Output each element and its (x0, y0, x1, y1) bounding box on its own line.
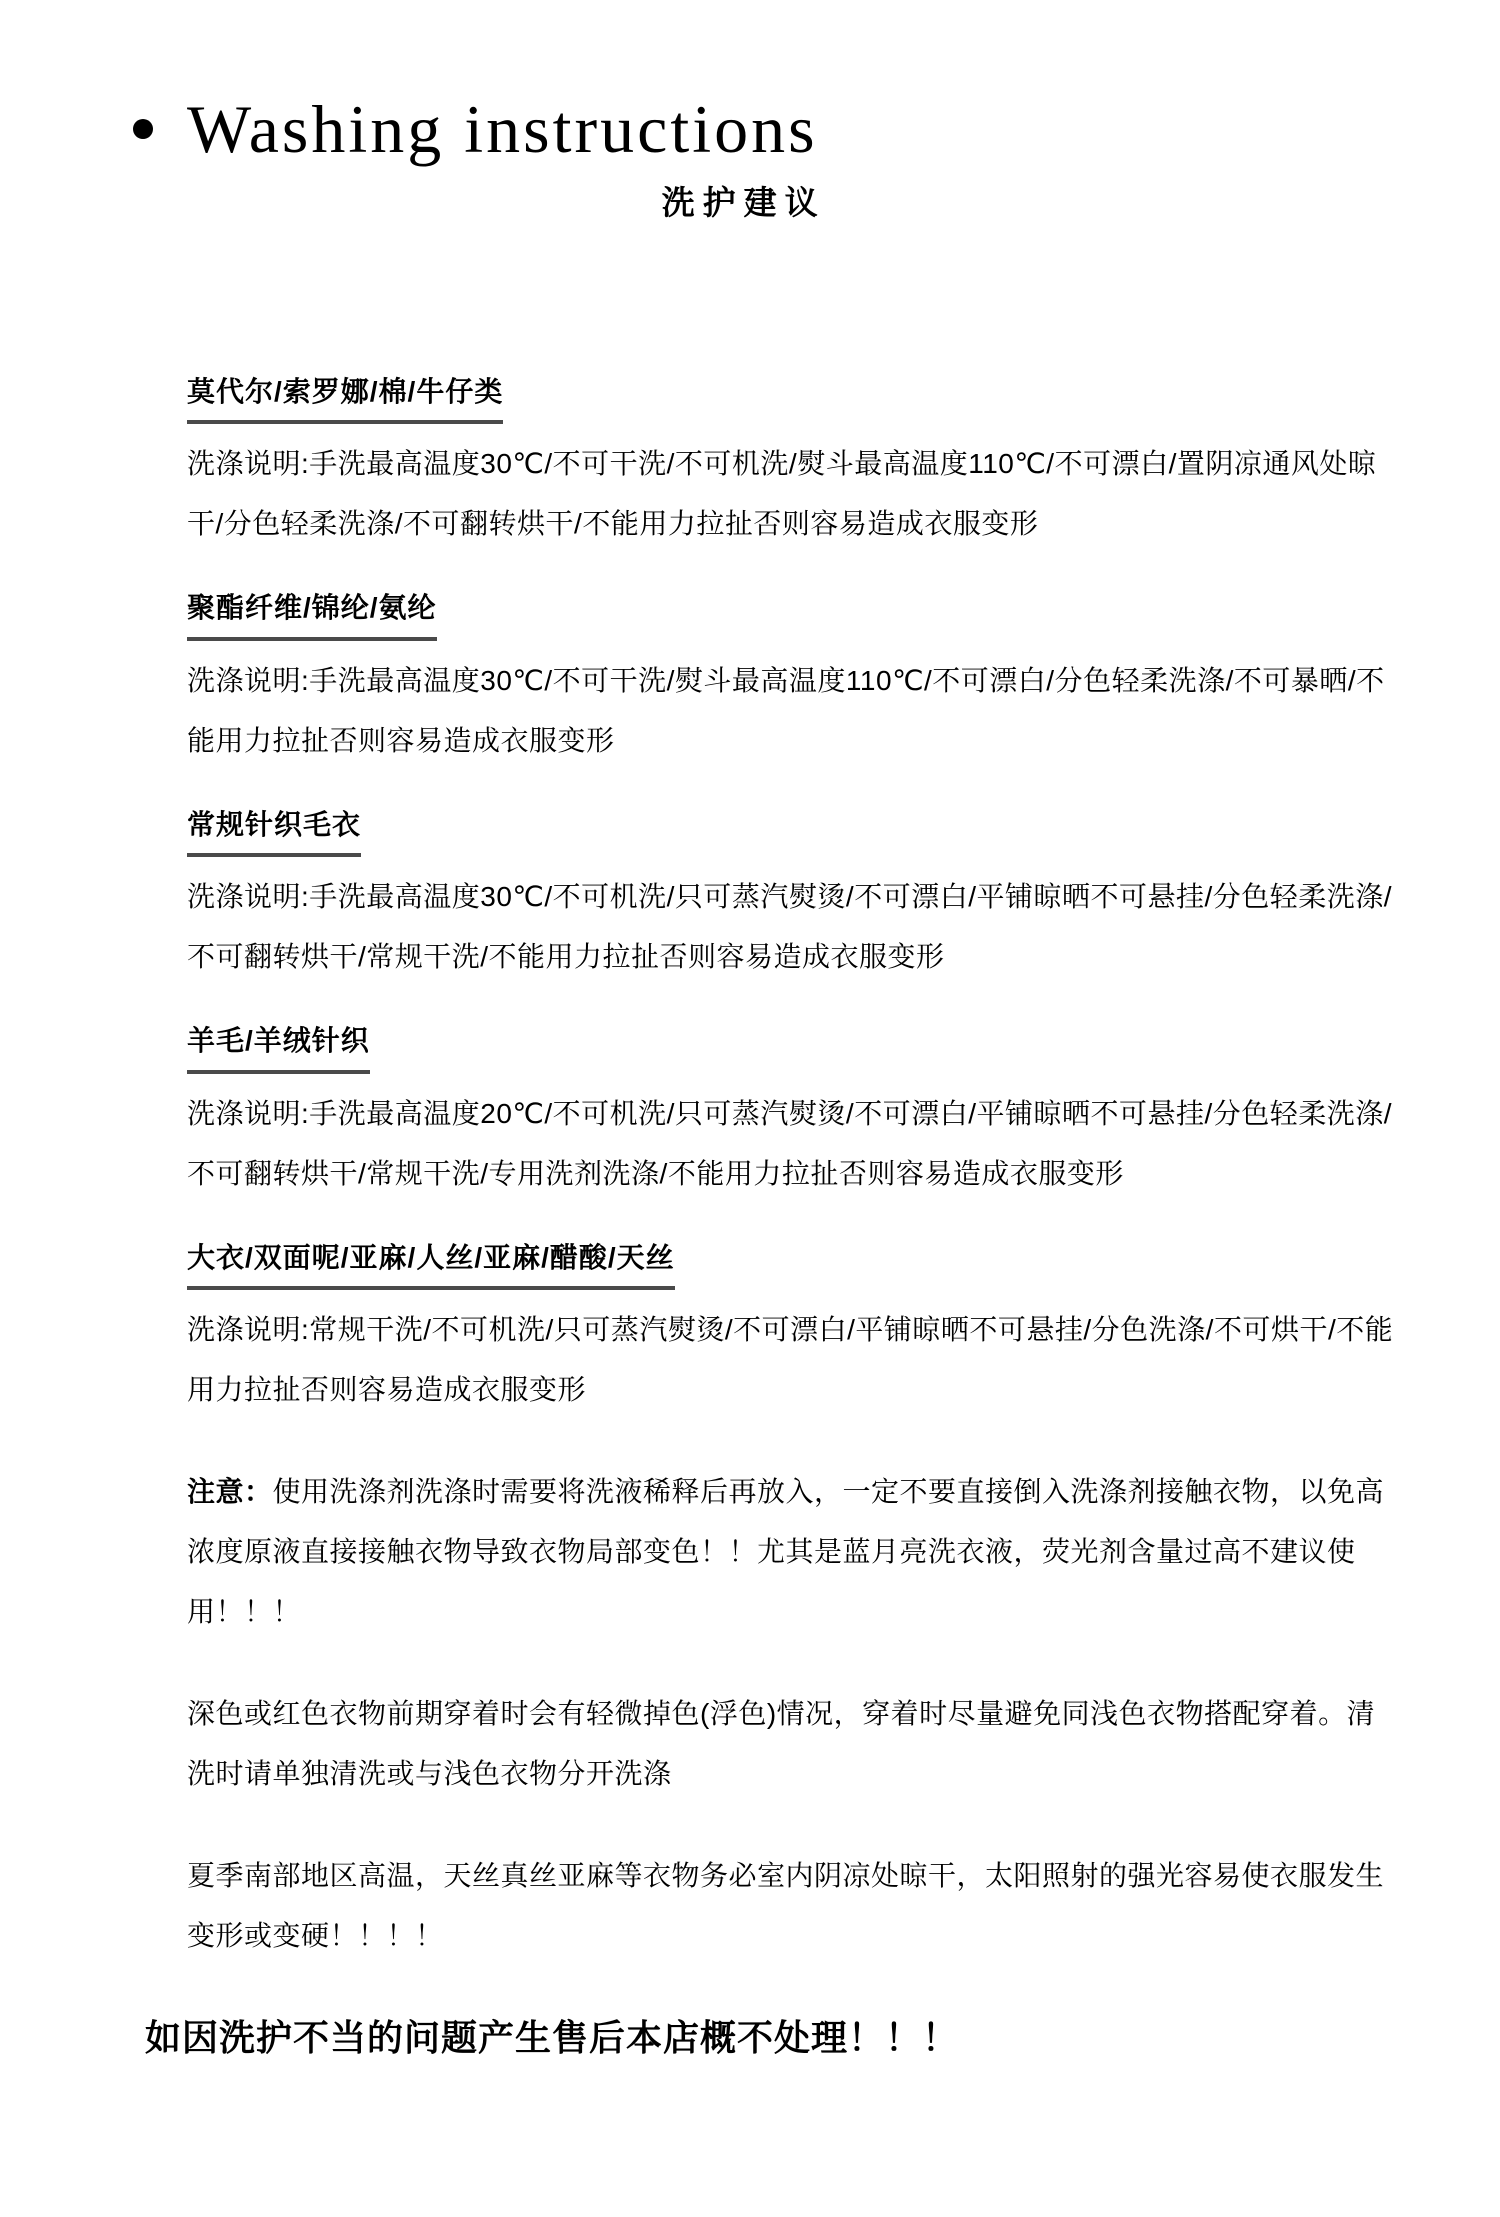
section-knit-sweater: 常规针织毛衣 洗涤说明:手洗最高温度30℃/不可机洗/只可蒸汽熨烫/不可漂白/平… (187, 807, 1395, 987)
section-body: 洗涤说明:手洗最高温度30℃/不可干洗/不可机洗/熨斗最高温度110℃/不可漂白… (187, 434, 1395, 554)
section-body: 洗涤说明:手洗最高温度20℃/不可机洗/只可蒸汽熨烫/不可漂白/平铺晾晒不可悬挂… (187, 1084, 1395, 1204)
page-title: Washing instructions (187, 95, 818, 163)
title-row: Washing instructions (187, 95, 818, 163)
section-coat-linen-tencel: 大衣/双面呢/亚麻/人丝/亚麻/醋酸/天丝 洗涤说明:常规干洗/不可机洗/只可蒸… (187, 1240, 1395, 1420)
note-paragraph: 注意：使用洗涤剂洗涤时需要将洗液稀释后再放入，一定不要直接倒入洗涤剂接触衣物，以… (187, 1462, 1395, 1642)
section-body: 洗涤说明:常规干洗/不可机洗/只可蒸汽熨烫/不可漂白/平铺晾晒不可悬挂/分色洗涤… (187, 1300, 1395, 1420)
section-header: 莫代尔/索罗娜/棉/牛仔类 (187, 374, 503, 424)
section-modal-cotton-denim: 莫代尔/索罗娜/棉/牛仔类 洗涤说明:手洗最高温度30℃/不可干洗/不可机洗/熨… (187, 374, 1395, 554)
section-header: 常规针织毛衣 (187, 807, 361, 857)
note-label: 注意： (187, 1476, 273, 1507)
summer-drying-paragraph: 夏季南部地区高温，天丝真丝亚麻等衣物务必室内阴凉处晾干，太阳照射的强光容易使衣服… (187, 1846, 1395, 1966)
section-header: 聚酯纤维/锦纶/氨纶 (187, 590, 437, 640)
section-body: 洗涤说明:手洗最高温度30℃/不可机洗/只可蒸汽熨烫/不可漂白/平铺晾晒不可悬挂… (187, 867, 1395, 987)
section-polyester-nylon-spandex: 聚酯纤维/锦纶/氨纶 洗涤说明:手洗最高温度30℃/不可干洗/熨斗最高温度110… (187, 590, 1395, 770)
care-sections: 莫代尔/索罗娜/棉/牛仔类 洗涤说明:手洗最高温度30℃/不可干洗/不可机洗/熨… (187, 374, 1395, 1420)
disclaimer-footer: 如因洗护不当的问题产生售后本店概不处理！！！ (145, 2010, 1395, 2061)
note-text: 使用洗涤剂洗涤时需要将洗液稀释后再放入，一定不要直接倒入洗涤剂接触衣物，以免高浓… (187, 1476, 1384, 1627)
section-header: 羊毛/羊绒针织 (187, 1023, 370, 1073)
fading-warning-paragraph: 深色或红色衣物前期穿着时会有轻微掉色(浮色)情况，穿着时尽量避免同浅色衣物搭配穿… (187, 1684, 1395, 1804)
section-header: 大衣/双面呢/亚麻/人丝/亚麻/醋酸/天丝 (187, 1240, 675, 1290)
page-subtitle: 洗护建议 (187, 177, 826, 224)
washing-instructions-page: Washing instructions 洗护建议 莫代尔/索罗娜/棉/牛仔类 … (0, 0, 1500, 2217)
section-wool-cashmere: 羊毛/羊绒针织 洗涤说明:手洗最高温度20℃/不可机洗/只可蒸汽熨烫/不可漂白/… (187, 1023, 1395, 1203)
bullet-dot-icon (133, 119, 153, 139)
page-header: Washing instructions 洗护建议 (187, 95, 818, 224)
section-body: 洗涤说明:手洗最高温度30℃/不可干洗/熨斗最高温度110℃/不可漂白/分色轻柔… (187, 651, 1395, 771)
